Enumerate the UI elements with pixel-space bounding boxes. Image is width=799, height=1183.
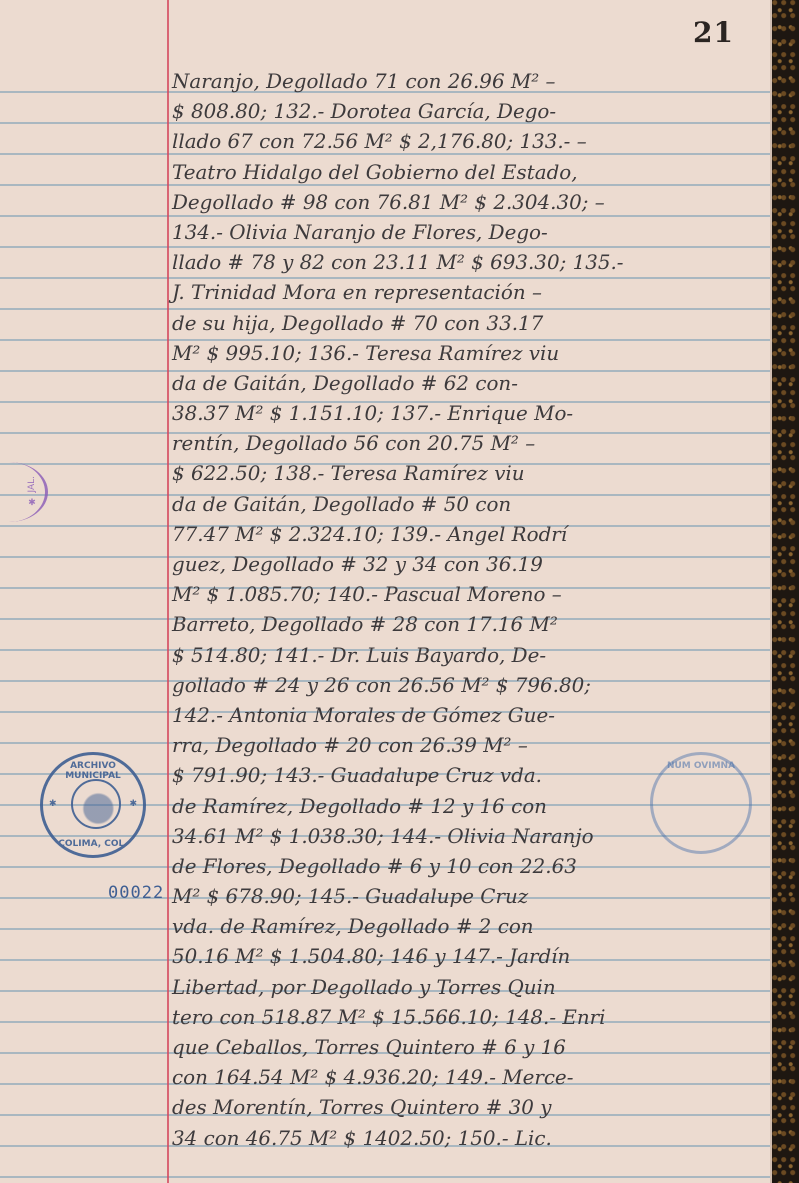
stamp-seal-emblem <box>71 779 121 829</box>
text-line: M² $ 1.085.70; 140.- Pascual Moreno – <box>172 579 762 609</box>
text-line: tero con 518.87 M² $ 15.566.10; 148.- En… <box>172 1002 762 1032</box>
text-line: $ 808.80; 132.- Dorotea García, Dego- <box>172 96 762 126</box>
text-line: M² $ 678.90; 145.- Guadalupe Cruz <box>172 881 762 911</box>
text-line: guez, Degollado # 32 y 34 con 36.19 <box>172 549 762 579</box>
text-line: con 164.54 M² $ 4.936.20; 149.- Merce- <box>172 1062 762 1092</box>
text-line: Degollado # 98 con 76.81 M² $ 2.304.30; … <box>172 187 762 217</box>
book-binding-edge <box>770 0 799 1183</box>
stamp-top-text: ARCHIVO MUNICIPAL <box>43 761 143 781</box>
text-line: que Ceballos, Torres Quintero # 6 y 16 <box>172 1032 762 1062</box>
text-line: llado # 78 y 82 con 23.11 M² $ 693.30; 1… <box>172 247 762 277</box>
text-line: Naranjo, Degollado 71 con 26.96 M² – <box>172 66 762 96</box>
folio-number: 00022 <box>108 883 164 903</box>
text-line: 77.47 M² $ 2.324.10; 139.- Angel Rodrí <box>172 519 762 549</box>
text-line: Libertad, por Degollado y Torres Quin <box>172 972 762 1002</box>
text-line: 134.- Olivia Naranjo de Flores, Dego- <box>172 217 762 247</box>
text-line: da de Gaitán, Degollado # 50 con <box>172 489 762 519</box>
text-line: M² $ 995.10; 136.- Teresa Ramírez viu <box>172 338 762 368</box>
page-number: 21 <box>693 16 734 49</box>
text-line: $ 622.50; 138.- Teresa Ramírez viu <box>172 458 762 488</box>
text-line: de Flores, Degollado # 6 y 10 con 22.63 <box>172 851 762 881</box>
text-line: rentín, Degollado 56 con 20.75 M² – <box>172 428 762 458</box>
star-icon: ✱ <box>129 799 137 809</box>
purple-partial-stamp: ✱ JAL. <box>0 462 48 522</box>
text-line: vda. de Ramírez, Degollado # 2 con <box>172 911 762 941</box>
text-line: de su hija, Degollado # 70 con 33.17 <box>172 308 762 338</box>
text-line: 50.16 M² $ 1.504.80; 146 y 147.- Jardín <box>172 941 762 971</box>
star-icon: ✱ <box>49 799 57 809</box>
stamp-bottom-text: COLIMA, COL. <box>43 839 143 849</box>
text-line: 38.37 M² $ 1.151.10; 137.- Enrique Mo- <box>172 398 762 428</box>
ledger-page: 21 ✱ JAL. ARCHIVO MUNICIPAL ✱ ✱ COLIMA, … <box>0 0 772 1183</box>
text-line: 142.- Antonia Morales de Gómez Gue- <box>172 700 762 730</box>
text-line: da de Gaitán, Degollado # 62 con- <box>172 368 762 398</box>
text-line: J. Trinidad Mora en representación – <box>172 277 762 307</box>
text-line: rra, Degollado # 20 con 26.39 M² – <box>172 730 762 760</box>
text-line: des Morentín, Torres Quintero # 30 y <box>172 1092 762 1122</box>
text-line: $ 514.80; 141.- Dr. Luis Bayardo, De- <box>172 640 762 670</box>
text-line: $ 791.90; 143.- Guadalupe Cruz vda. <box>172 760 762 790</box>
purple-stamp-text: ✱ JAL. <box>27 476 37 505</box>
text-line: de Ramírez, Degollado # 12 y 16 con <box>172 791 762 821</box>
text-line: Teatro Hidalgo del Gobierno del Estado, <box>172 157 762 187</box>
text-line: gollado # 24 y 26 con 26.56 M² $ 796.80; <box>172 670 762 700</box>
red-margin-line <box>167 0 169 1183</box>
archivo-municipal-stamp: ARCHIVO MUNICIPAL ✱ ✱ COLIMA, COL. <box>40 752 146 858</box>
text-line: 34.61 M² $ 1.038.30; 144.- Olivia Naranj… <box>172 821 762 851</box>
text-line: Barreto, Degollado # 28 con 17.16 M² <box>172 609 762 639</box>
text-line: llado 67 con 72.56 M² $ 2,176.80; 133.- … <box>172 126 762 156</box>
handwritten-text-block: Naranjo, Degollado 71 con 26.96 M² – $ 8… <box>172 66 766 1153</box>
text-line: 34 con 46.75 M² $ 1402.50; 150.- Lic. <box>172 1123 762 1153</box>
